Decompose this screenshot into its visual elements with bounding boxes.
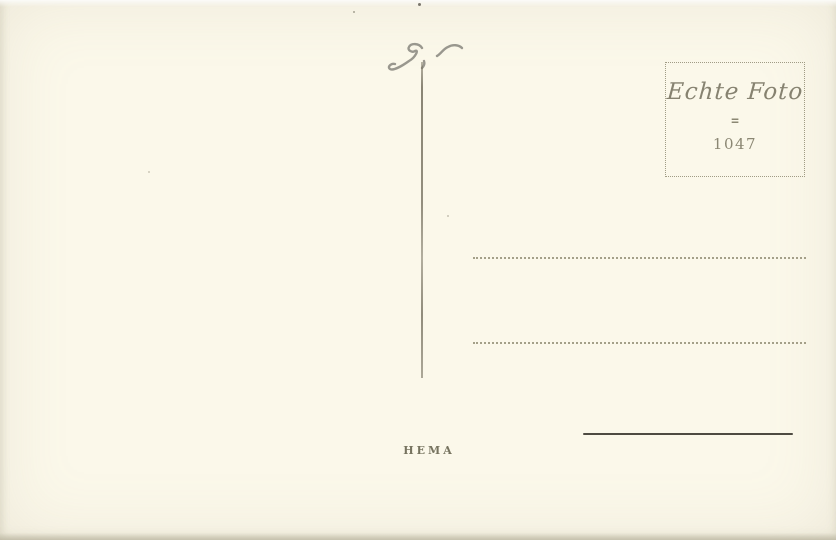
stamp-box-title: Echte Foto [666,79,804,105]
address-line-1 [473,257,806,259]
publisher-imprint: HEMA [379,444,479,457]
dust-speck [418,3,421,6]
stamp-box-equals-mark: = [731,115,739,128]
address-line-2 [473,342,806,344]
dust-speck [148,171,150,173]
stamp-box-number: 1047 [713,137,757,152]
divider-line [421,62,423,378]
signature-line [583,433,793,435]
pencil-scribble [385,40,467,82]
postcard-back: Echte Foto = 1047 HEMA [0,0,836,540]
stamp-box: Echte Foto = 1047 [665,62,805,177]
dust-speck [447,215,449,217]
card-bottom-edge [0,533,836,540]
dust-speck [353,11,355,13]
